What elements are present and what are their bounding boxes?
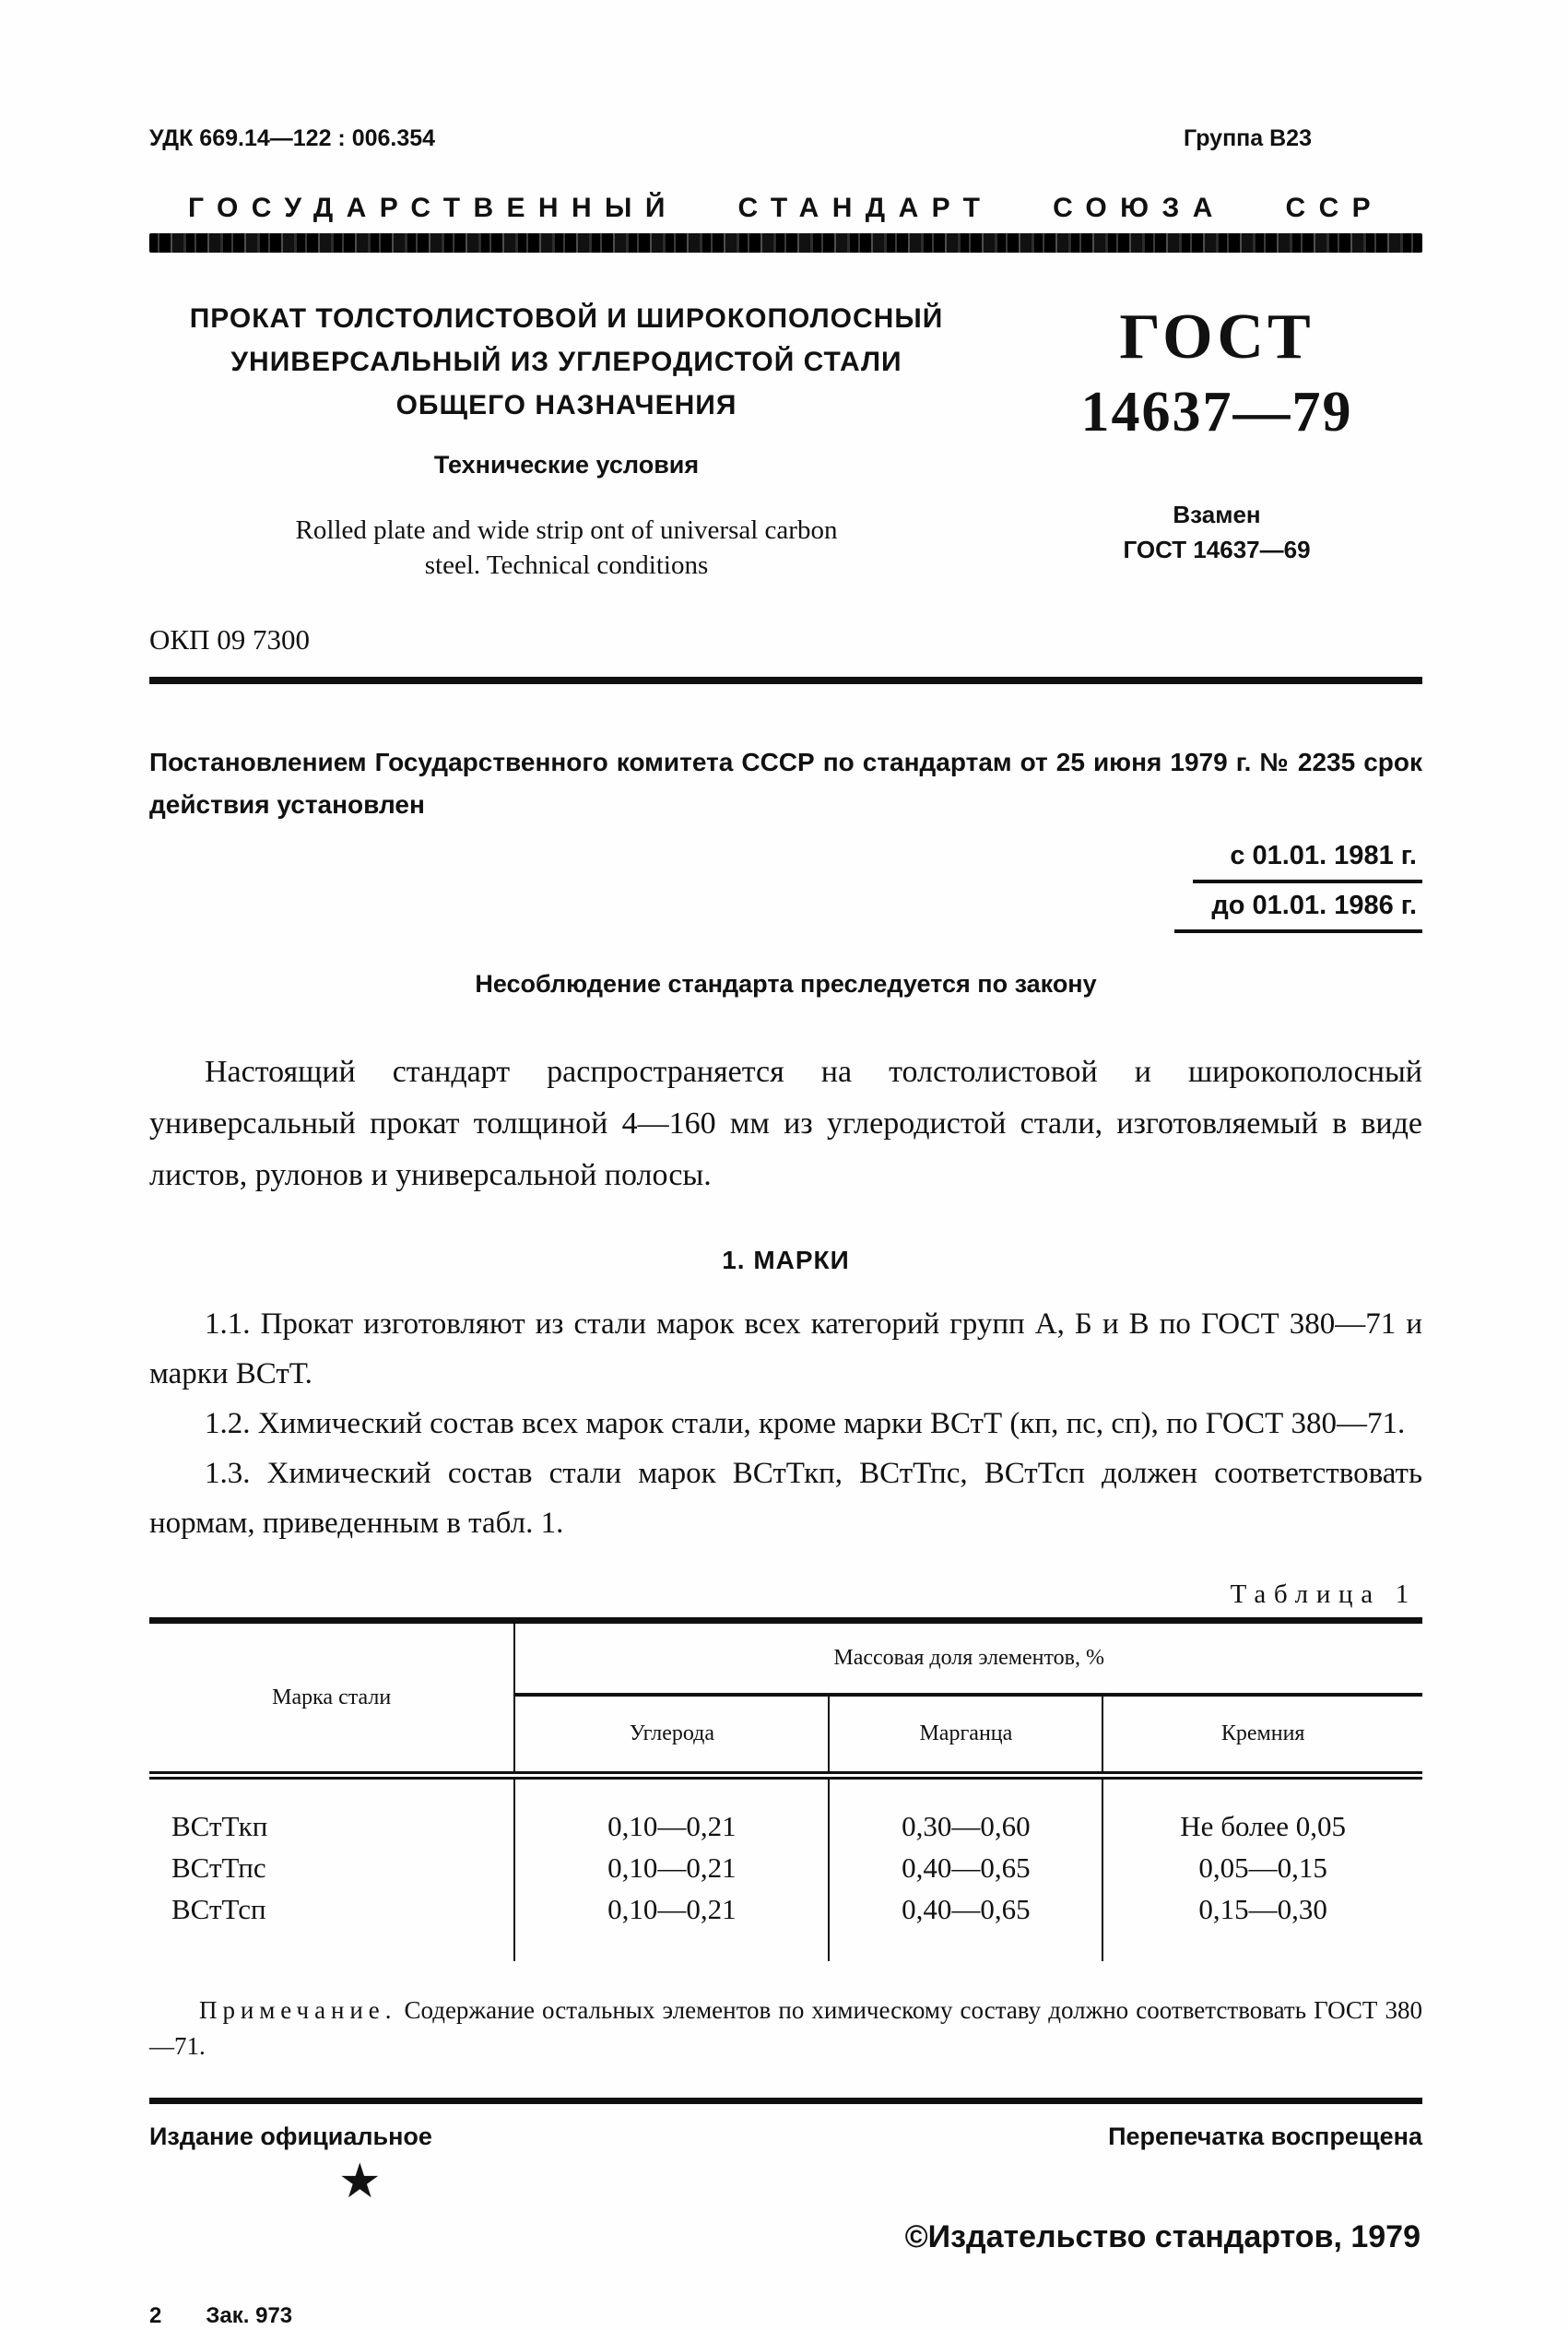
table-row: ВСтТсп 0,10—0,21 0,40—0,65 0,15—0,30 <box>149 1888 1422 1961</box>
star-icon: ★ <box>338 2159 1422 2206</box>
reprint-prohibited-label: Перепечатка воспрещена <box>1108 2123 1422 2151</box>
group-code: Группа В23 <box>1184 125 1312 152</box>
top-meta-row: УДК 669.14—122 : 006.354 Группа В23 <box>149 125 1422 152</box>
chem-composition-table: Марка стали Массовая доля элементов, % У… <box>149 1617 1422 1961</box>
cell-manganese: 0,40—0,65 <box>829 1888 1102 1961</box>
cell-silicon: 0,15—0,30 <box>1102 1888 1422 1961</box>
col-header-mass-share: Массовая доля элементов, % <box>514 1621 1422 1695</box>
title-area: ПРОКАТ ТОЛСТОЛИСТОВОЙ И ШИРОКОПОЛОСНЫЙ У… <box>149 297 1422 656</box>
section-1-heading: 1. МАРКИ <box>149 1246 1422 1275</box>
replaces-number: ГОСТ 14637—69 <box>1011 532 1422 567</box>
clause-1-3: 1.3. Химический состав стали марок ВСтТк… <box>149 1449 1422 1548</box>
page-number: 2 <box>149 2303 161 2329</box>
order-number: Зак. 973 <box>206 2303 292 2329</box>
cell-silicon: 0,05—0,15 <box>1102 1847 1422 1888</box>
udk-code: УДК 669.14—122 : 006.354 <box>149 125 435 152</box>
col-header-carbon: Углерода <box>514 1695 829 1776</box>
intro-paragraph: Настоящий стандарт распространяется на т… <box>149 1047 1422 1201</box>
cell-grade: ВСтТкп <box>149 1776 514 1848</box>
footer-rule <box>149 2098 1422 2104</box>
gost-number-column: ГОСТ 14637—79 Взамен ГОСТ 14637—69 <box>984 297 1422 656</box>
gost-number: 14637—79 <box>1011 380 1422 445</box>
clause-1-1: 1.1. Прокат изготовляют из стали марок в… <box>149 1299 1422 1399</box>
table-header: Марка стали Массовая доля элементов, % У… <box>149 1621 1422 1776</box>
scanned-standard-page: УДК 669.14—122 : 006.354 Группа В23 ГОСУ… <box>0 0 1568 2330</box>
gost-label: ГОСТ <box>1011 301 1422 374</box>
table-note: Примечание. Содержание остальных элемент… <box>149 1993 1422 2064</box>
law-notice: Несоблюдение стандарта преследуется по з… <box>149 970 1422 999</box>
divider-rule <box>149 677 1422 684</box>
document-title-english-line1: Rolled plate and wide strip ont of unive… <box>149 513 984 548</box>
footer-row: Издание официальное Перепечатка воспреще… <box>149 2123 1422 2151</box>
document-title-line1: ПРОКАТ ТОЛСТОЛИСТОВОЙ И ШИРОКОПОЛОСНЫЙ <box>149 297 984 340</box>
cell-manganese: 0,40—0,65 <box>829 1847 1102 1888</box>
cell-manganese: 0,30—0,60 <box>829 1776 1102 1848</box>
table-row: ВСтТпс 0,10—0,21 0,40—0,65 0,05—0,15 <box>149 1847 1422 1888</box>
table-row: ВСтТкп 0,10—0,21 0,30—0,60 Не более 0,05 <box>149 1776 1422 1848</box>
okp-code: ОКП 09 7300 <box>149 623 984 656</box>
date-effective-to: до 01.01. 1986 г. <box>1174 889 1422 933</box>
cell-silicon: Не более 0,05 <box>1102 1776 1422 1848</box>
table-body: ВСтТкп 0,10—0,21 0,30—0,60 Не более 0,05… <box>149 1776 1422 1962</box>
document-title-line2: УНИВЕРСАЛЬНЫЙ ИЗ УГЛЕРОДИСТОЙ СТАЛИ <box>149 340 984 384</box>
cell-carbon: 0,10—0,21 <box>514 1847 829 1888</box>
cell-grade: ВСтТпс <box>149 1847 514 1888</box>
table-note-label: Примечание. <box>199 1996 396 2024</box>
halftone-bar <box>149 233 1422 253</box>
document-subtitle: Технические условия <box>149 451 984 479</box>
date-effective-from: с 01.01. 1981 г. <box>1193 839 1422 883</box>
state-standard-header: ГОСУДАРСТВЕННЫЙ СТАНДАРТ СОЮЗА ССР <box>149 193 1422 224</box>
cell-carbon: 0,10—0,21 <box>514 1888 829 1961</box>
copyright-line: ©Издательство стандартов, 1979 <box>149 2219 1422 2255</box>
col-header-manganese: Марганца <box>829 1695 1102 1776</box>
col-header-steel-grade: Марка стали <box>149 1621 514 1776</box>
official-edition-label: Издание официальное <box>149 2123 432 2151</box>
document-title-english-line2: steel. Technical conditions <box>149 548 984 583</box>
cell-carbon: 0,10—0,21 <box>514 1776 829 1848</box>
effective-dates: с 01.01. 1981 г. до 01.01. 1986 г. <box>149 839 1422 933</box>
section-1-body: 1.1. Прокат изготовляют из стали марок в… <box>149 1299 1422 1548</box>
document-title-line3: ОБЩЕГО НАЗНАЧЕНИЯ <box>149 384 984 427</box>
document-title-english: Rolled plate and wide strip ont of unive… <box>149 513 984 583</box>
table-caption: Таблица 1 <box>149 1579 1422 1610</box>
decree-paragraph: Постановлением Государственного комитета… <box>149 741 1422 826</box>
cell-grade: ВСтТсп <box>149 1888 514 1961</box>
title-column: ПРОКАТ ТОЛСТОЛИСТОВОЙ И ШИРОКОПОЛОСНЫЙ У… <box>149 297 984 656</box>
clause-1-2: 1.2. Химический состав всех марок стали,… <box>149 1399 1422 1449</box>
print-order-row: 2 Зак. 973 <box>149 2303 1422 2329</box>
replaces-block: Взамен ГОСТ 14637—69 <box>1011 497 1422 567</box>
document-title: ПРОКАТ ТОЛСТОЛИСТОВОЙ И ШИРОКОПОЛОСНЫЙ У… <box>149 297 984 427</box>
col-header-silicon: Кремния <box>1102 1695 1422 1776</box>
replaces-label: Взамен <box>1011 497 1422 532</box>
